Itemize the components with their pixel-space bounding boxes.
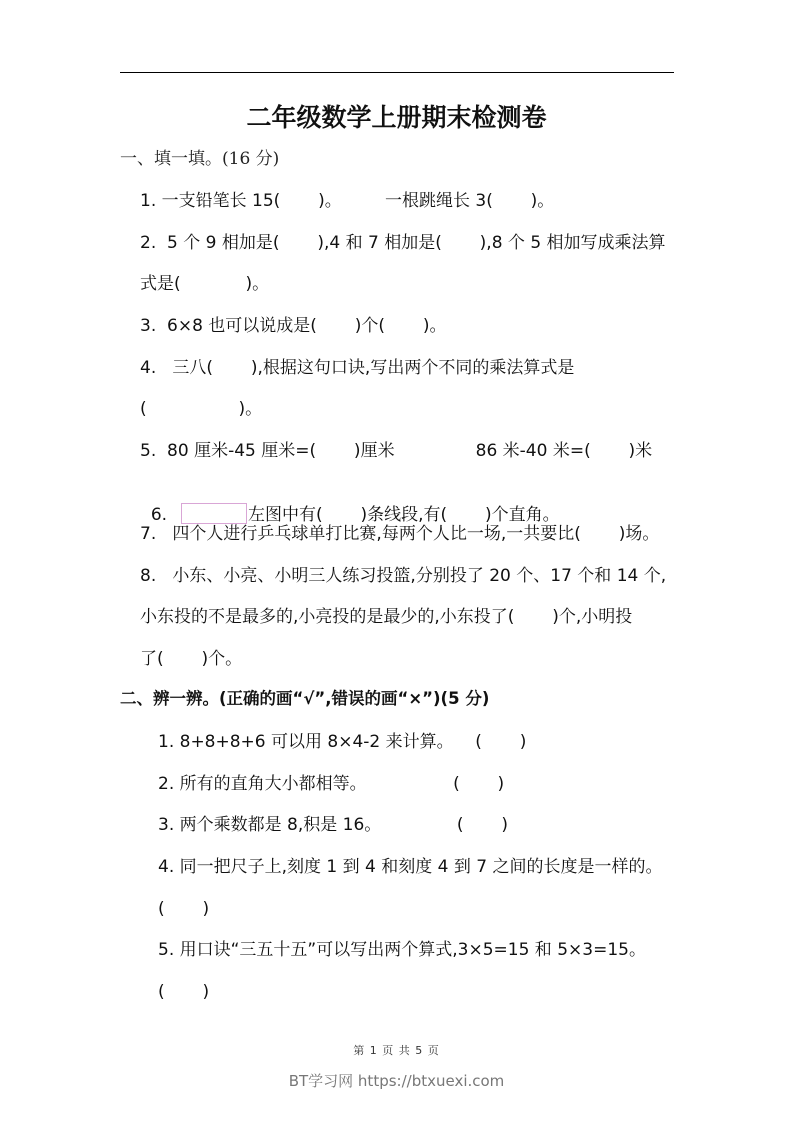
question-1-4: 4. 三八( ),根据这句口诀,写出两个不同的乘法算式是 — [140, 357, 574, 379]
watermark-link[interactable]: BT学习网 https://btxuexi.com — [0, 1070, 793, 1091]
question-1-8: 8. 小东、小亮、小明三人练习投篮,分别投了 20 个、17 个和 14 个, — [140, 565, 666, 587]
question-1-6: 6.左图中有( )条线段,有( )个直角。 — [140, 481, 560, 526]
section-2-heading: 二、辨一辨。(正确的画“√”,错误的画“×”)(5 分) — [120, 688, 489, 710]
page-title: 二年级数学上册期末检测卷 — [0, 98, 793, 134]
header-rule — [120, 72, 674, 73]
question-1-5: 5. 80 厘米-45 厘米=( )厘米 86 米-40 米=( )米 — [140, 440, 652, 462]
question-2-5: 5. 用口诀“三五十五”可以写出两个算式,3×5=15 和 5×3=15。 — [158, 939, 646, 961]
question-2-1: 1. 8+8+8+6 可以用 8×4-2 来计算。 ( ) — [158, 731, 526, 753]
question-1-6-number: 6. — [151, 505, 167, 525]
page-indicator: 第 1 页 共 5 页 — [0, 1042, 793, 1058]
rectangle-diagram — [181, 503, 247, 524]
question-1-8-cont: 小东投的不是最多的,小亮投的是最少的,小东投了( )个,小明投 — [140, 606, 632, 628]
question-2-4: 4. 同一把尺子上,刻度 1 到 4 和刻度 4 到 7 之间的长度是一样的。 — [158, 856, 663, 878]
question-1-2: 2. 5 个 9 相加是( ),4 和 7 相加是( ),8 个 5 相加写成乘… — [140, 232, 666, 254]
question-1-7: 7. 四个人进行乒乓球单打比赛,每两个人比一场,一共要比( )场。 — [140, 523, 659, 545]
question-1-3: 3. 6×8 也可以说成是( )个( )。 — [140, 315, 447, 337]
question-1-2-cont: 式是( )。 — [140, 273, 269, 295]
question-1-1: 1. 一支铅笔长 15( )。 一根跳绳长 3( )。 — [140, 190, 554, 212]
question-1-8-cont2: 了( )个。 — [140, 648, 242, 670]
section-1-heading: 一、填一填。(16 分) — [120, 148, 279, 170]
question-1-4-cont: ( )。 — [140, 398, 262, 420]
question-2-3: 3. 两个乘数都是 8,积是 16。 ( ) — [158, 814, 508, 836]
question-2-2: 2. 所有的直角大小都相等。 ( ) — [158, 773, 504, 795]
question-1-6-text: 左图中有( )条线段,有( )个直角。 — [248, 505, 560, 525]
question-2-4-answer: ( ) — [158, 898, 209, 920]
question-2-5-answer: ( ) — [158, 981, 209, 1003]
